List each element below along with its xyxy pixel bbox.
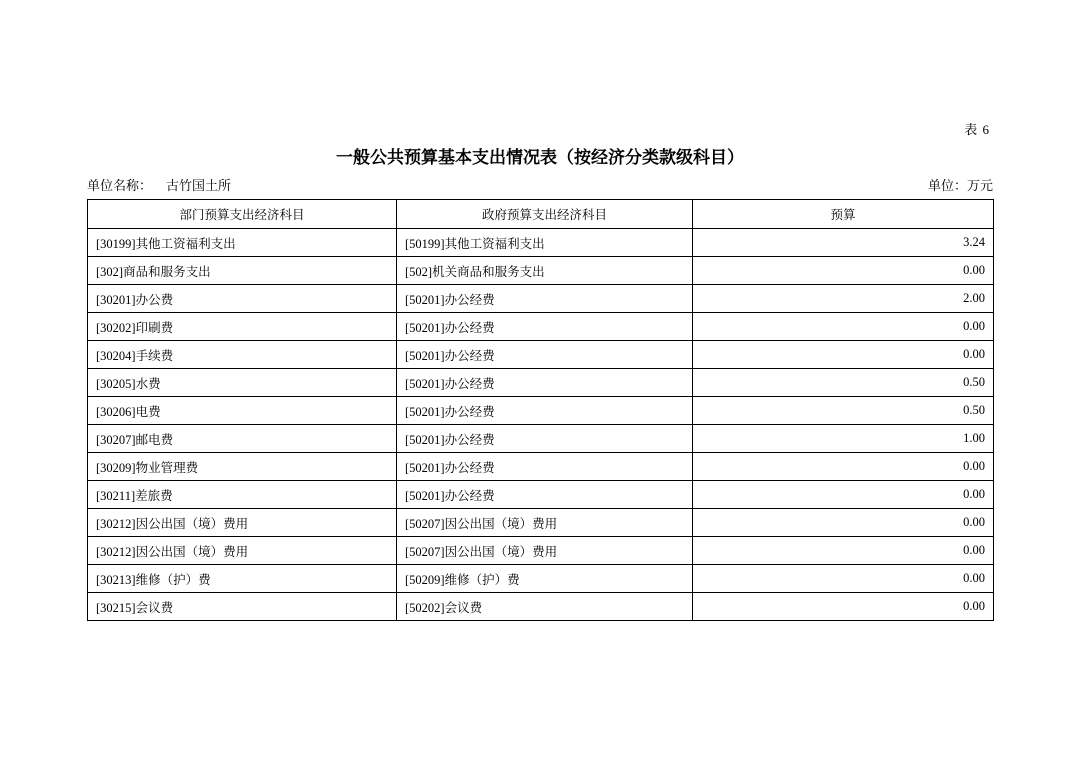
budget-value-cell: 2.00 bbox=[693, 285, 994, 313]
gov-subject-cell: [50201]办公经费 bbox=[397, 397, 693, 425]
dept-subject-cell: [302]商品和服务支出 bbox=[88, 257, 397, 285]
dept-subject-cell: [30212]因公出国（境）费用 bbox=[88, 509, 397, 537]
gov-subject-cell: [502]机关商品和服务支出 bbox=[397, 257, 693, 285]
gov-subject-cell: [50202]会议费 bbox=[397, 593, 693, 621]
budget-value-cell: 0.00 bbox=[693, 537, 994, 565]
gov-subject-cell: [50209]维修（护）费 bbox=[397, 565, 693, 593]
dept-subject-cell: [30209]物业管理费 bbox=[88, 453, 397, 481]
budget-value-cell: 0.50 bbox=[693, 397, 994, 425]
header-cell-budget: 预算 bbox=[693, 200, 994, 229]
budget-value-cell: 0.00 bbox=[693, 481, 994, 509]
budget-value-cell: 1.00 bbox=[693, 425, 994, 453]
table-row: [30212]因公出国（境）费用 [50207]因公出国（境）费用 0.00 bbox=[88, 509, 994, 537]
budget-table-body: [30199]其他工资福利支出 [50199]其他工资福利支出 3.24 [30… bbox=[88, 229, 994, 621]
unit-name-value: 古竹国土所 bbox=[166, 178, 231, 193]
table-row: [30212]因公出国（境）费用 [50207]因公出国（境）费用 0.00 bbox=[88, 537, 994, 565]
budget-value-cell: 3.24 bbox=[693, 229, 994, 257]
unit-label: 单位：万元 bbox=[928, 175, 993, 194]
header-cell-gov-subject: 政府预算支出经济科目 bbox=[397, 200, 693, 229]
table-row: [30205]水费 [50201]办公经费 0.50 bbox=[88, 369, 994, 397]
table-row: [30211]差旅费 [50201]办公经费 0.00 bbox=[88, 481, 994, 509]
gov-subject-cell: [50199]其他工资福利支出 bbox=[397, 229, 693, 257]
dept-subject-cell: [30206]电费 bbox=[88, 397, 397, 425]
table-row: [30201]办公费 [50201]办公经费 2.00 bbox=[88, 285, 994, 313]
budget-value-cell: 0.50 bbox=[693, 369, 994, 397]
gov-subject-cell: [50207]因公出国（境）费用 bbox=[397, 509, 693, 537]
table-row: [30207]邮电费 [50201]办公经费 1.00 bbox=[88, 425, 994, 453]
budget-value-cell: 0.00 bbox=[693, 453, 994, 481]
dept-subject-cell: [30202]印刷费 bbox=[88, 313, 397, 341]
budget-value-cell: 0.00 bbox=[693, 341, 994, 369]
budget-table: 部门预算支出经济科目 政府预算支出经济科目 预算 [30199]其他工资福利支出… bbox=[87, 199, 994, 621]
dept-subject-cell: [30205]水费 bbox=[88, 369, 397, 397]
table-row: [30215]会议费 [50202]会议费 0.00 bbox=[88, 593, 994, 621]
gov-subject-cell: [50201]办公经费 bbox=[397, 369, 693, 397]
gov-subject-cell: [50207]因公出国（境）费用 bbox=[397, 537, 693, 565]
table-row: [30199]其他工资福利支出 [50199]其他工资福利支出 3.24 bbox=[88, 229, 994, 257]
table-row: [30206]电费 [50201]办公经费 0.50 bbox=[88, 397, 994, 425]
meta-row: 单位名称：古竹国土所 单位：万元 bbox=[87, 175, 993, 194]
gov-subject-cell: [50201]办公经费 bbox=[397, 425, 693, 453]
dept-subject-cell: [30199]其他工资福利支出 bbox=[88, 229, 397, 257]
header-cell-dept-subject: 部门预算支出经济科目 bbox=[88, 200, 397, 229]
table-row: [30213]维修（护）费 [50209]维修（护）费 0.00 bbox=[88, 565, 994, 593]
dept-subject-cell: [30212]因公出国（境）费用 bbox=[88, 537, 397, 565]
dept-subject-cell: [30204]手续费 bbox=[88, 341, 397, 369]
page-title: 一般公共预算基本支出情况表（按经济分类款级科目） bbox=[0, 143, 1080, 168]
table-row: [30204]手续费 [50201]办公经费 0.00 bbox=[88, 341, 994, 369]
budget-value-cell: 0.00 bbox=[693, 593, 994, 621]
budget-value-cell: 0.00 bbox=[693, 257, 994, 285]
sheet-number: 表 6 bbox=[964, 119, 990, 138]
budget-value-cell: 0.00 bbox=[693, 313, 994, 341]
gov-subject-cell: [50201]办公经费 bbox=[397, 453, 693, 481]
budget-value-cell: 0.00 bbox=[693, 509, 994, 537]
dept-subject-cell: [30201]办公费 bbox=[88, 285, 397, 313]
dept-subject-cell: [30207]邮电费 bbox=[88, 425, 397, 453]
gov-subject-cell: [50201]办公经费 bbox=[397, 341, 693, 369]
unit-name-label: 单位名称： bbox=[87, 178, 152, 193]
budget-value-cell: 0.00 bbox=[693, 565, 994, 593]
gov-subject-cell: [50201]办公经费 bbox=[397, 313, 693, 341]
table-header-row: 部门预算支出经济科目 政府预算支出经济科目 预算 bbox=[88, 200, 994, 229]
table-row: [302]商品和服务支出 [502]机关商品和服务支出 0.00 bbox=[88, 257, 994, 285]
dept-subject-cell: [30215]会议费 bbox=[88, 593, 397, 621]
table-row: [30202]印刷费 [50201]办公经费 0.00 bbox=[88, 313, 994, 341]
dept-subject-cell: [30213]维修（护）费 bbox=[88, 565, 397, 593]
unit-name-line: 单位名称：古竹国土所 bbox=[87, 175, 231, 194]
gov-subject-cell: [50201]办公经费 bbox=[397, 481, 693, 509]
gov-subject-cell: [50201]办公经费 bbox=[397, 285, 693, 313]
dept-subject-cell: [30211]差旅费 bbox=[88, 481, 397, 509]
table-row: [30209]物业管理费 [50201]办公经费 0.00 bbox=[88, 453, 994, 481]
